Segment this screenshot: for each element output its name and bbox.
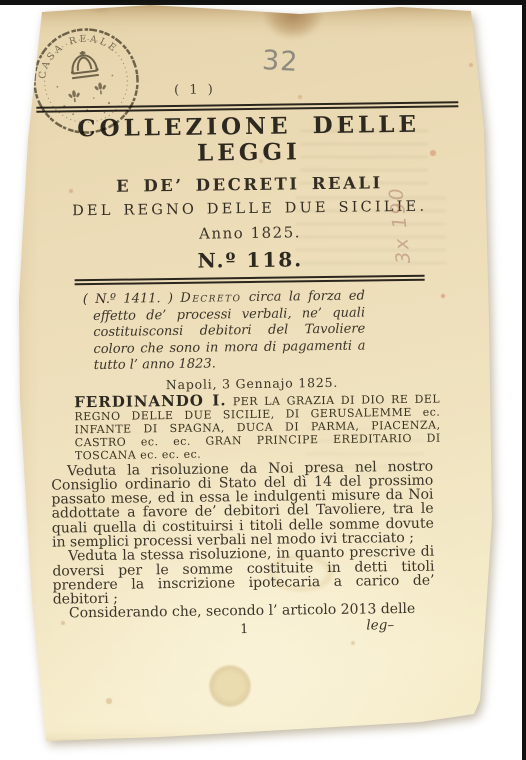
stamp-graphic: CASA REALE [24,19,149,144]
foxing-spots [0,0,2,2]
decree-keyword: Decreto [180,290,241,306]
catchword: leg– [366,617,394,633]
decree-summary: ( N.º 1411. ) Decreto circa la forza ed … [83,288,366,374]
crown-icon [69,49,100,78]
double-rule-middle [75,275,425,286]
scanned-document-page: ( 1 ) COLLEZIONE DELLE LEGGI E DE’ DECRE… [0,0,526,760]
pencil-number: 32 [261,45,299,78]
paper-sheet: ( 1 ) COLLEZIONE DELLE LEGGI E DE’ DECRE… [0,0,526,760]
paragraph-1: Veduta la risoluzione da Noi presa nel n… [51,459,434,550]
fleur-de-lis-icon [93,82,107,95]
paragraph-2: Veduta la stessa risoluzione, in quanto … [52,545,435,607]
decree-ref-number: ( N.º 1411. ) [83,291,173,307]
stamp-speckles [56,75,118,119]
fleur-de-lis-icon [67,89,81,102]
page-number: ( 1 ) [174,82,216,98]
paper-sheet-wrap: ( 1 ) COLLEZIONE DELLE LEGGI E DE’ DECRE… [0,0,526,760]
royal-ink-stamp: CASA REALE [24,19,149,144]
royal-preamble: FERDINANDO I. PER LA GRAZIA DI DIO RE DE… [74,391,441,463]
